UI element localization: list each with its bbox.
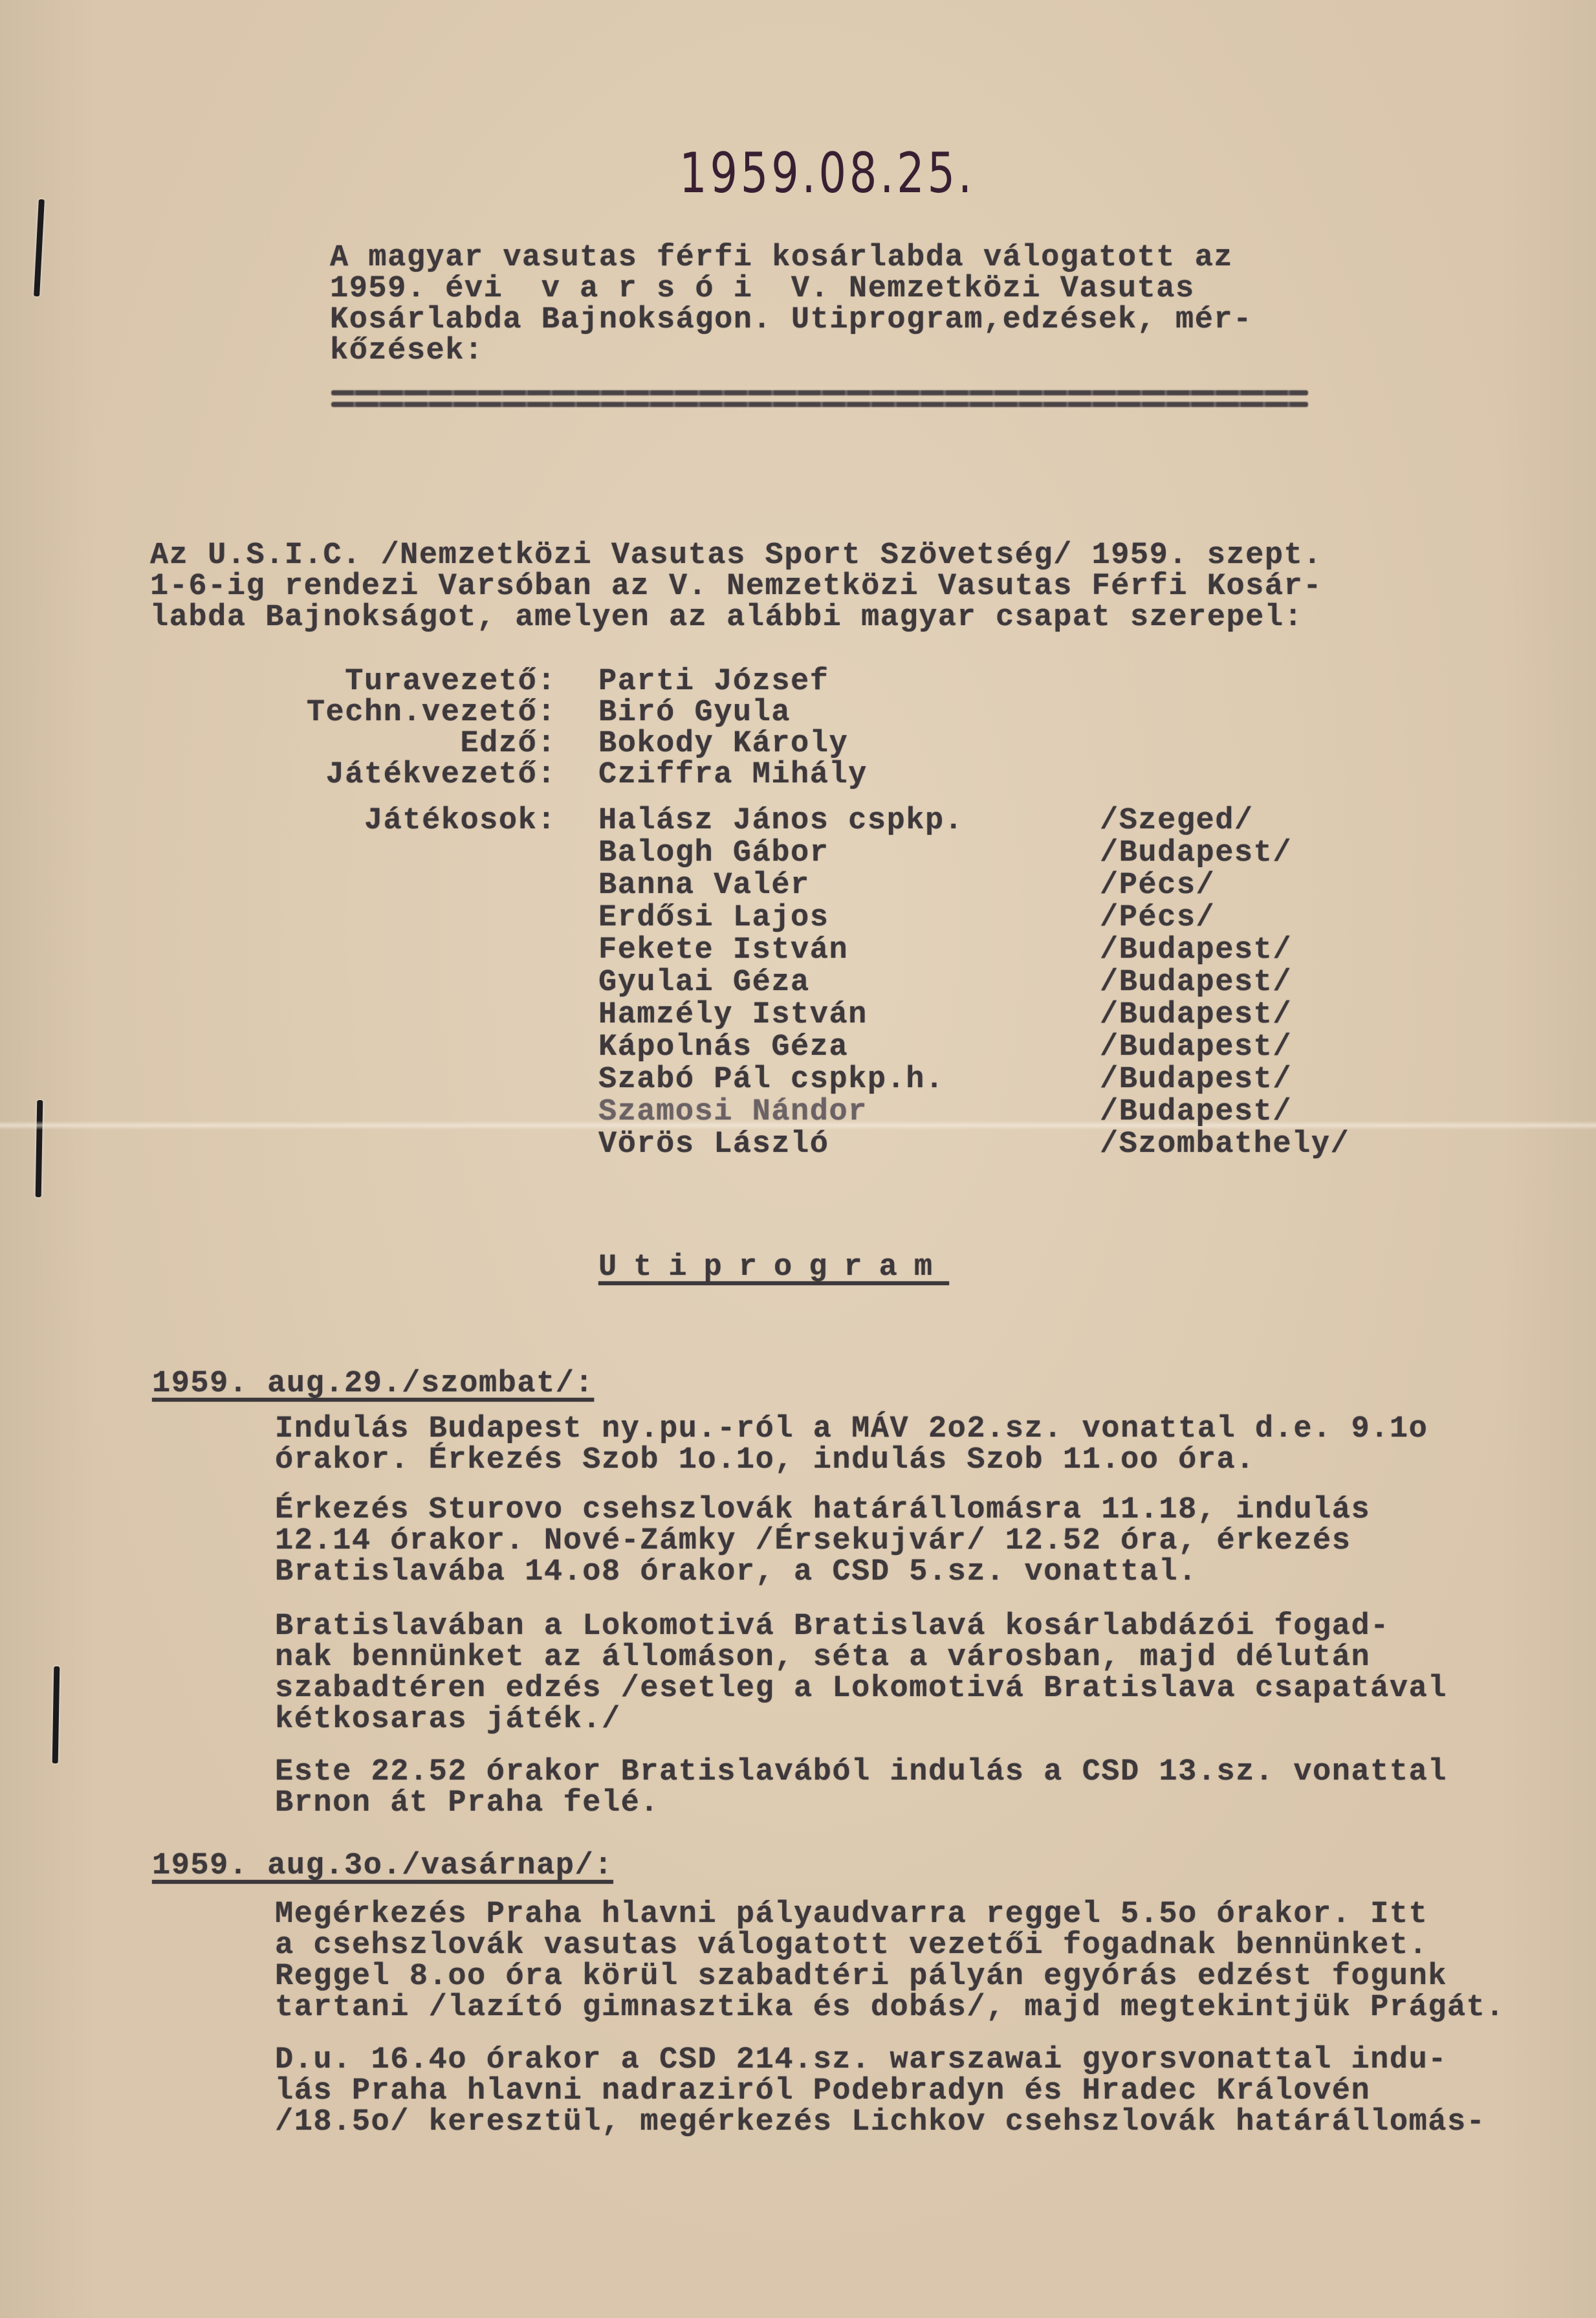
paragraph-line: órakor. Érkezés Szob 1o.1o, indulás Szob… (275, 1445, 1428, 1476)
staff-name: Cziffra Mihály (598, 760, 868, 791)
staff-name: Bokody Károly (598, 729, 848, 760)
intro-line: 1-6-ig rendezi Varsóban az V. Nemzetközi… (150, 571, 1322, 602)
player-city: /Pécs/ (1100, 903, 1215, 934)
handwritten-date: 1959.08.25. (679, 141, 975, 206)
double-rule-top (331, 390, 1308, 395)
staff-name: Parti József (598, 667, 829, 698)
staple-bottom (52, 1666, 60, 1763)
player-name: Kápolnás Géza (598, 1032, 848, 1063)
player-name: Szamosi Nándor (598, 1097, 868, 1128)
day2-paragraph-1: Megérkezés Praha hlavni pályaudvarra reg… (275, 1899, 1505, 2024)
player-city: /Budapest/ (1100, 935, 1292, 966)
player-city: /Budapest/ (1100, 838, 1292, 869)
staple-top (34, 199, 45, 296)
paragraph-line: nak bennünket az állomáson, séta a város… (275, 1642, 1447, 1673)
player-city: /Budapest/ (1100, 967, 1292, 999)
paragraph-line: Megérkezés Praha hlavni pályaudvarra reg… (275, 1899, 1505, 1930)
staff-role: Edző: (0, 729, 556, 760)
title-line: A magyar vasutas férfi kosárlabda váloga… (330, 243, 1252, 274)
player-name: Vörös László (598, 1129, 829, 1160)
day-heading: 1959. aug.3o./vasárnap/: (152, 1851, 613, 1882)
document-title: A magyar vasutas férfi kosárlabda váloga… (330, 243, 1252, 367)
staple-middle (36, 1100, 43, 1197)
paragraph-line: tartani /lazító gimnasztika és dobás/, m… (275, 1992, 1505, 2024)
paragraph-line: D.u. 16.4o órakor a CSD 214.sz. warszawa… (275, 2045, 1485, 2076)
player-city: /Szeged/ (1100, 806, 1254, 837)
title-line: Kosárlabda Bajnokságon. Utiprogram,edzés… (330, 305, 1252, 336)
paragraph-line: lás Praha hlavni nadraziról Podebradyn é… (275, 2076, 1485, 2107)
title-line: 1959. évi v a r s ó i V. Nemzetközi Vasu… (330, 274, 1252, 305)
player-name: Hamzély István (598, 1000, 868, 1031)
player-name: Banna Valér (598, 870, 810, 901)
paragraph-line: Indulás Budapest ny.pu.-ról a MÁV 2o2.sz… (275, 1414, 1428, 1445)
intro-paragraph: Az U.S.I.C. /Nemzetközi Vasutas Sport Sz… (150, 540, 1322, 634)
player-city: /Szombathely/ (1100, 1129, 1350, 1160)
paragraph-line: Bratislavába 14.o8 órakor, a CSD 5.sz. v… (275, 1557, 1370, 1588)
intro-line: Az U.S.I.C. /Nemzetközi Vasutas Sport Sz… (150, 540, 1322, 571)
player-city: /Budapest/ (1100, 1032, 1292, 1063)
staff-role: Turavezető: (0, 667, 556, 698)
player-name: Erdősi Lajos (598, 903, 829, 934)
player-city: /Budapest/ (1100, 1097, 1292, 1128)
player-city: /Budapest/ (1100, 1000, 1292, 1031)
player-city: /Pécs/ (1100, 870, 1215, 901)
day1-paragraph-1: Indulás Budapest ny.pu.-ról a MÁV 2o2.sz… (275, 1414, 1428, 1476)
day2-paragraph-2: D.u. 16.4o órakor a CSD 214.sz. warszawa… (275, 2045, 1485, 2138)
players-label: Játékosok: (0, 806, 556, 837)
paragraph-line: Érkezés Sturovo csehszlovák határállomás… (275, 1495, 1370, 1526)
staff-role: Techn.vezető: (0, 698, 556, 729)
player-name: Halász János cspkp. (598, 806, 963, 837)
day1-paragraph-4: Este 22.52 órakor Bratislavából indulás … (275, 1757, 1447, 1819)
paragraph-line: Este 22.52 órakor Bratislavából indulás … (275, 1757, 1447, 1788)
paragraph-line: 12.14 órakor. Nové-Zámky /Érsekujvár/ 12… (275, 1526, 1370, 1557)
paragraph-line: Brnon át Praha felé. (275, 1788, 1447, 1819)
intro-line: labda Bajnokságot, amelyen az alábbi mag… (150, 602, 1322, 634)
staff-role: Játékvezető: (0, 760, 556, 791)
paragraph-line: szabadtéren edzés /esetleg a Lokomotivá … (275, 1673, 1447, 1705)
player-name: Gyulai Géza (598, 967, 810, 999)
player-city: /Budapest/ (1100, 1065, 1292, 1096)
paragraph-line: a csehszlovák vasutas válogatott vezetői… (275, 1930, 1505, 1961)
section-heading-utiprogram: Utiprogram (598, 1252, 949, 1283)
title-line: kőzések: (330, 336, 1252, 367)
paragraph-line: Reggel 8.oo óra körül szabadtéri pályán … (275, 1961, 1505, 1992)
day1-paragraph-3: Bratislavában a Lokomotivá Bratislavá ko… (275, 1611, 1447, 1736)
staff-name: Biró Gyula (598, 698, 791, 729)
paragraph-line: Bratislavában a Lokomotivá Bratislavá ko… (275, 1611, 1447, 1642)
player-name: Balogh Gábor (598, 838, 829, 869)
day1-paragraph-2: Érkezés Sturovo csehszlovák határállomás… (275, 1495, 1370, 1588)
day-heading: 1959. aug.29./szombat/: (152, 1369, 594, 1400)
paragraph-line: kétkosaras játék./ (275, 1705, 1447, 1736)
paragraph-line: /18.5o/ keresztül, megérkezés Lichkov cs… (275, 2107, 1485, 2138)
player-name: Fekete István (598, 935, 848, 966)
player-name: Szabó Pál cspkp.h. (598, 1065, 945, 1096)
double-rule-bottom (331, 402, 1308, 407)
